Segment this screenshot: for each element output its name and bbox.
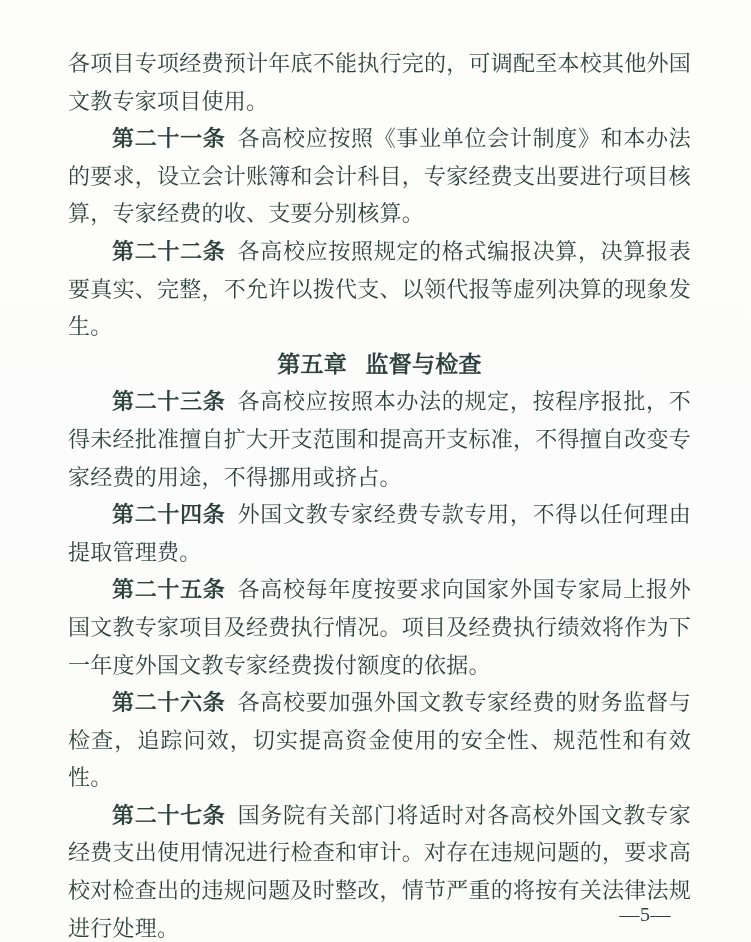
article-26-number-label: 第二十六条 (112, 690, 225, 715)
page-number: —5— (620, 903, 672, 927)
article-25-number-label: 第二十五条 (112, 577, 225, 602)
chapter-heading: 第五章监督与检查 (68, 346, 691, 384)
article-24-number-label: 第二十四条 (112, 502, 225, 527)
article-21-paragraph: 第二十一条各高校应按照《事业单位会计制度》和本办法的要求，设立会计账簿和会计科目… (68, 120, 691, 233)
paragraph-text: 各项目专项经费预计年底不能执行完的，可调配至本校其他外国文教专家项目使用。 (68, 51, 691, 114)
article-23-paragraph: 第二十三条各高校应按照本办法的规定，按程序报批，不得未经批准擅自扩大开支范围和提… (68, 383, 691, 496)
article-23-number-label: 第二十三条 (112, 389, 225, 414)
article-24-paragraph: 第二十四条外国文教专家经费专款专用，不得以任何理由提取管理费。 (68, 496, 691, 571)
document-body: 各项目专项经费预计年底不能执行完的，可调配至本校其他外国文教专家项目使用。 第二… (68, 45, 691, 942)
article-21-number-label: 第二十一条 (112, 126, 225, 151)
article-22-number-label: 第二十二条 (112, 239, 225, 264)
article-26-paragraph: 第二十六条各高校要加强外国文教专家经费的财务监督与检查，追踪问效，切实提高资金使… (68, 684, 691, 797)
chapter-title: 监督与检查 (365, 352, 481, 377)
chapter-number-label: 第五章 (277, 352, 347, 377)
document-page: 各项目专项经费预计年底不能执行完的，可调配至本校其他外国文教专家项目使用。 第二… (0, 0, 751, 942)
article-25-paragraph: 第二十五条各高校每年度按要求向国家外国专家局上报外国文教专家项目及经费执行情况。… (68, 571, 691, 684)
article-22-paragraph: 第二十二条各高校应按照规定的格式编报决算，决算报表要真实、完整，不允许以拨代支、… (68, 233, 691, 346)
article-27-number-label: 第二十七条 (112, 803, 225, 828)
article-27-paragraph: 第二十七条国务院有关部门将适时对各高校外国文教专家经费支出使用情况进行检查和审计… (68, 797, 691, 942)
paragraph-continuation: 各项目专项经费预计年底不能执行完的，可调配至本校其他外国文教专家项目使用。 (68, 45, 691, 120)
